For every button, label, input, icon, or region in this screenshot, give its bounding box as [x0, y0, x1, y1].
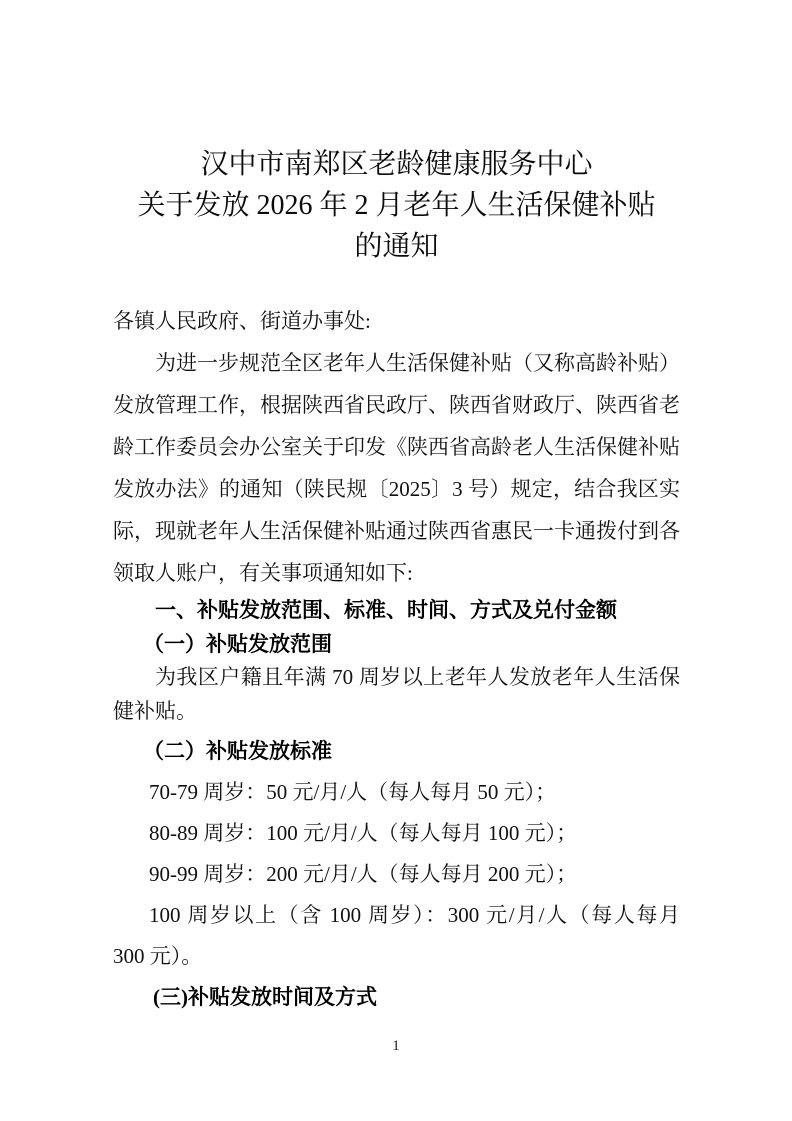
subsection-heading-3: (三)补贴发放时间及方式 [113, 977, 680, 1018]
section-1-standards: （二）补贴发放标准 70-79 周岁：50 元/月/人（每人每月 50 元）； … [113, 731, 680, 1018]
document-title-line-1: 汉中市南郑区老龄健康服务中心 [113, 144, 680, 185]
section-1: 一、补贴发放范围、标准、时间、方式及兑付金额 （一）补贴发放范围 为我区户籍且年… [113, 594, 680, 728]
document-title-line-3: 的通知 [113, 226, 680, 267]
paragraph-line: 龄工作委员会办公室关于印发《陕西省高龄老人生活保健补贴 [113, 426, 680, 468]
section-heading-1: 一、补贴发放范围、标准、时间、方式及兑付金额 [113, 594, 680, 628]
subsidy-standard-line: 100 周岁以上（含 100 周岁）：300 元/月/人（每人每月 [113, 895, 680, 936]
paragraph-line: 领取人账户，有关事项通知如下: [113, 552, 680, 594]
paragraph-line: 健补贴。 [113, 695, 680, 729]
subsidy-standard-line: 70-79 周岁：50 元/月/人（每人每月 50 元）； [113, 772, 680, 813]
page-number: 1 [0, 1037, 792, 1055]
subsection-heading-1: （一）补贴发放范围 [113, 628, 680, 662]
document-page: 汉中市南郑区老龄健康服务中心 关于发放 2026 年 2 月老年人生活保健补贴 … [0, 0, 792, 1121]
subsidy-standard-line: 90-99 周岁：200 元/月/人（每人每月 200 元）； [113, 854, 680, 895]
paragraph-line: 发放办法》的通知（陕民规〔2025〕3 号）规定，结合我区实 [113, 468, 680, 510]
subsection-heading-2: （二）补贴发放标准 [113, 731, 680, 772]
intro-paragraph: 各镇人民政府、街道办事处: 为进一步规范全区老年人生活保健补贴（又称高龄补贴） … [113, 300, 680, 594]
subsidy-standard-line: 80-89 周岁：100 元/月/人（每人每月 100 元）； [113, 813, 680, 854]
document-content: 汉中市南郑区老龄健康服务中心 关于发放 2026 年 2 月老年人生活保健补贴 … [113, 0, 680, 1018]
subsidy-standard-line: 300 元）。 [113, 936, 680, 977]
document-title: 汉中市南郑区老龄健康服务中心 关于发放 2026 年 2 月老年人生活保健补贴 … [113, 144, 680, 267]
paragraph-line: 为我区户籍且年满 70 周岁以上老年人发放老年人生活保 [113, 661, 680, 695]
paragraph-line: 际，现就老年人生活保健补贴通过陕西省惠民一卡通拨付到各 [113, 510, 680, 552]
document-title-line-2: 关于发放 2026 年 2 月老年人生活保健补贴 [113, 185, 680, 226]
salutation-line: 各镇人民政府、街道办事处: [113, 300, 680, 342]
paragraph-line: 发放管理工作，根据陕西省民政厅、陕西省财政厅、陕西省老 [113, 384, 680, 426]
paragraph-line: 为进一步规范全区老年人生活保健补贴（又称高龄补贴） [113, 342, 680, 384]
